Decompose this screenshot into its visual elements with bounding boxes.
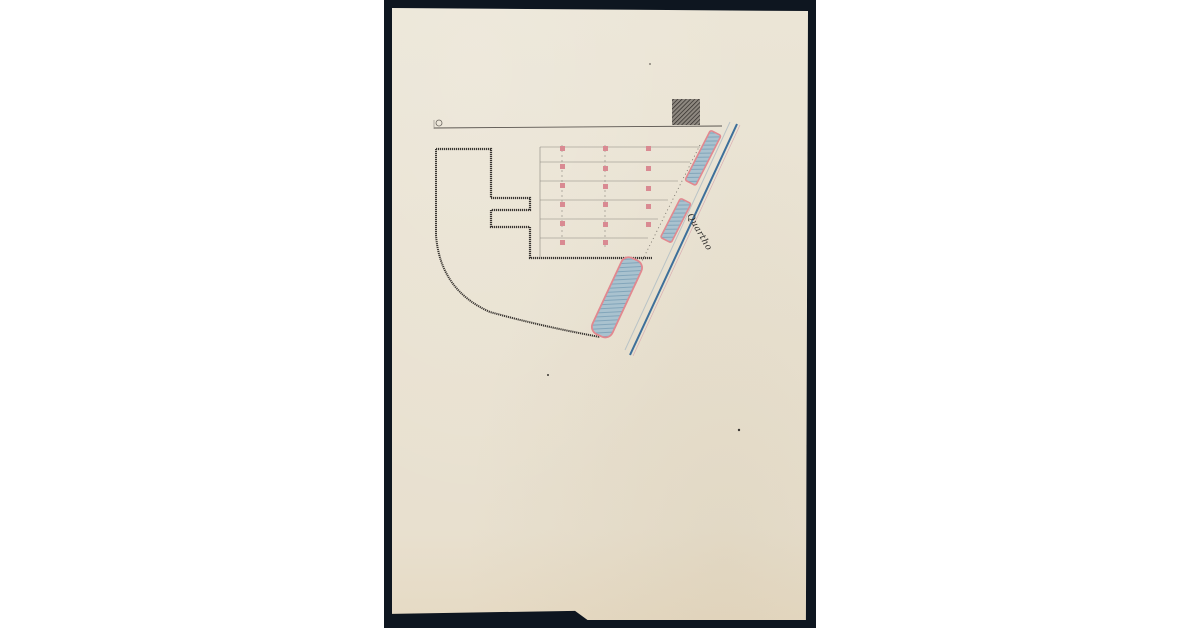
site-plan-drawing: [0, 0, 1200, 628]
top-boundary-line: [434, 126, 722, 128]
circle-marker-icon: [436, 120, 442, 126]
building-outline: [436, 149, 652, 258]
canal-line-light: [625, 122, 730, 350]
hatched-square: [672, 99, 700, 125]
canal-line-blue: [630, 124, 737, 355]
pillar-grid: [560, 146, 651, 245]
water-basin-lower: [589, 255, 644, 340]
